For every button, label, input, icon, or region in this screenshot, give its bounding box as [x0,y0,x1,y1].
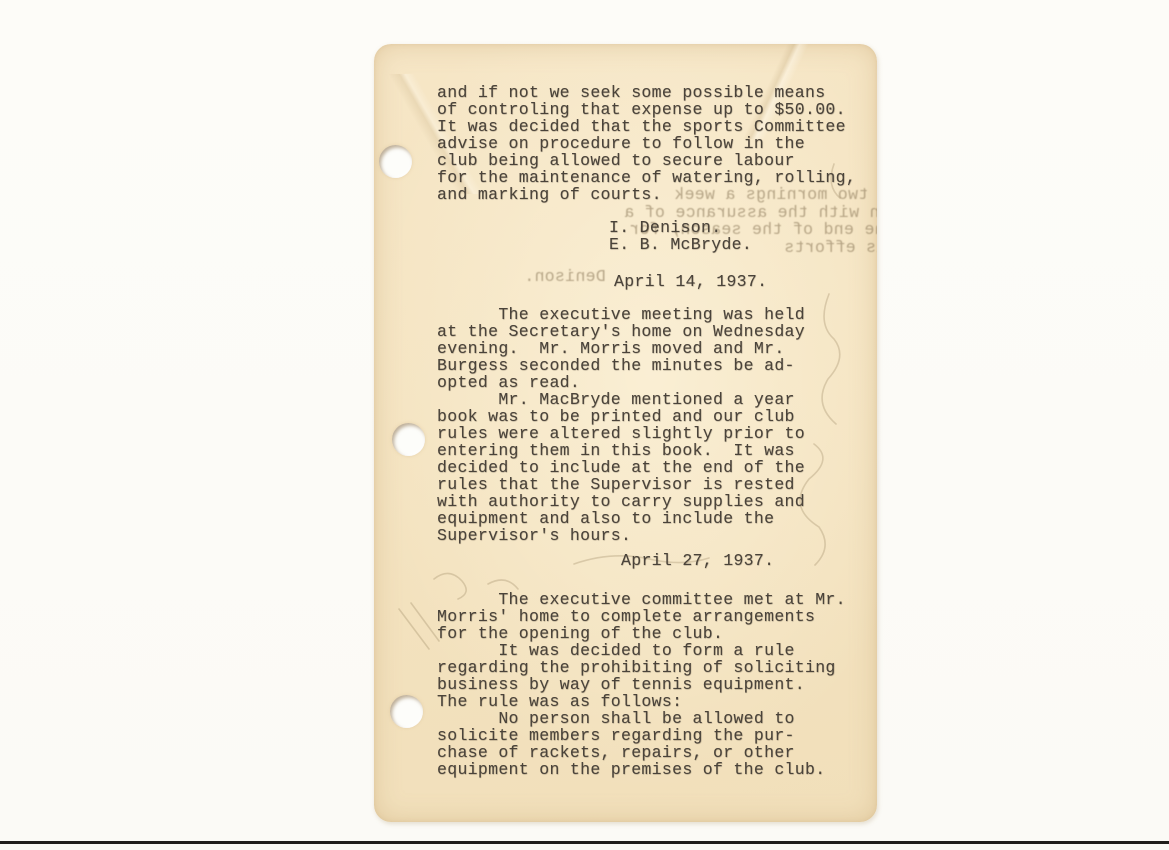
punch-hole [392,423,425,456]
typed-line: Supervisor's hours. [437,527,869,544]
typed-line: Mr. MacBryde mentioned a year [437,391,869,408]
typed-line: It was decided to form a rule [437,642,869,659]
typed-line: The rule was as follows: [437,693,869,710]
typed-line: solicite members regarding the pur- [437,727,869,744]
typed-line: entering them in this book. It was [437,442,869,459]
typed-line: decided to include at the end of the [437,459,869,476]
text-block-date: April 27, 1937. [621,552,869,569]
text-block-date: April 14, 1937. [614,273,869,290]
typed-line: at the Secretary's home on Wednesday [437,323,869,340]
typed-line: I. Denison. [609,219,869,236]
typed-line: for the opening of the club. [437,625,869,642]
typed-line: April 14, 1937. [614,273,869,290]
typed-line: advise on procedure to follow in the [437,135,869,152]
typed-line: The executive committee met at Mr. [437,591,869,608]
typed-line: equipment on the premises of the club. [437,761,869,778]
typed-line: evening. Mr. Morris moved and Mr. [437,340,869,357]
typed-line: April 27, 1937. [621,552,869,569]
typed-line: It was decided that the sports Committee [437,118,869,135]
typed-line: Burgess seconded the minutes be ad- [437,357,869,374]
typed-line: rules were altered slightly prior to [437,425,869,442]
typed-text: and if not we seek some possible meansof… [437,84,869,778]
typed-line: E. B. McBryde. [609,236,869,253]
typed-line: opted as read. [437,374,869,391]
typed-line: chase of rackets, repairs, or other [437,744,869,761]
typed-line: and marking of courts. [437,186,869,203]
typed-line: club being allowed to secure labour [437,152,869,169]
typed-line: and if not we seek some possible means [437,84,869,101]
typed-line: book was to be printed and our club [437,408,869,425]
typed-line: No person shall be allowed to [437,710,869,727]
typed-line: business by way of tennis equipment. [437,676,869,693]
text-block-para: and if not we seek some possible meansof… [437,84,869,203]
typed-line: rules that the Supervisor is rested [437,476,869,493]
scanner-edge-line [0,841,1169,844]
typed-line: for the maintenance of watering, rolling… [437,169,869,186]
typed-line: The executive meeting was held [437,306,869,323]
text-block-para: The executive committee met at Mr.Morris… [437,591,869,778]
typed-line: regarding the prohibiting of soliciting [437,659,869,676]
text-block-para: The executive meeting was heldat the Sec… [437,306,869,544]
typed-line: Morris' home to complete arrangements [437,608,869,625]
typed-line: with authority to carry supplies and [437,493,869,510]
typed-line: equipment and also to include the [437,510,869,527]
punch-hole [379,145,412,178]
scanner-bed: two mornings a weekin condition with the… [0,0,1169,850]
punch-hole [390,695,423,728]
typed-line: of controling that expense up to $50.00. [437,101,869,118]
text-block-signatures: I. Denison.E. B. McBryde. [609,219,869,253]
scanned-page: two mornings a weekin condition with the… [374,44,877,822]
